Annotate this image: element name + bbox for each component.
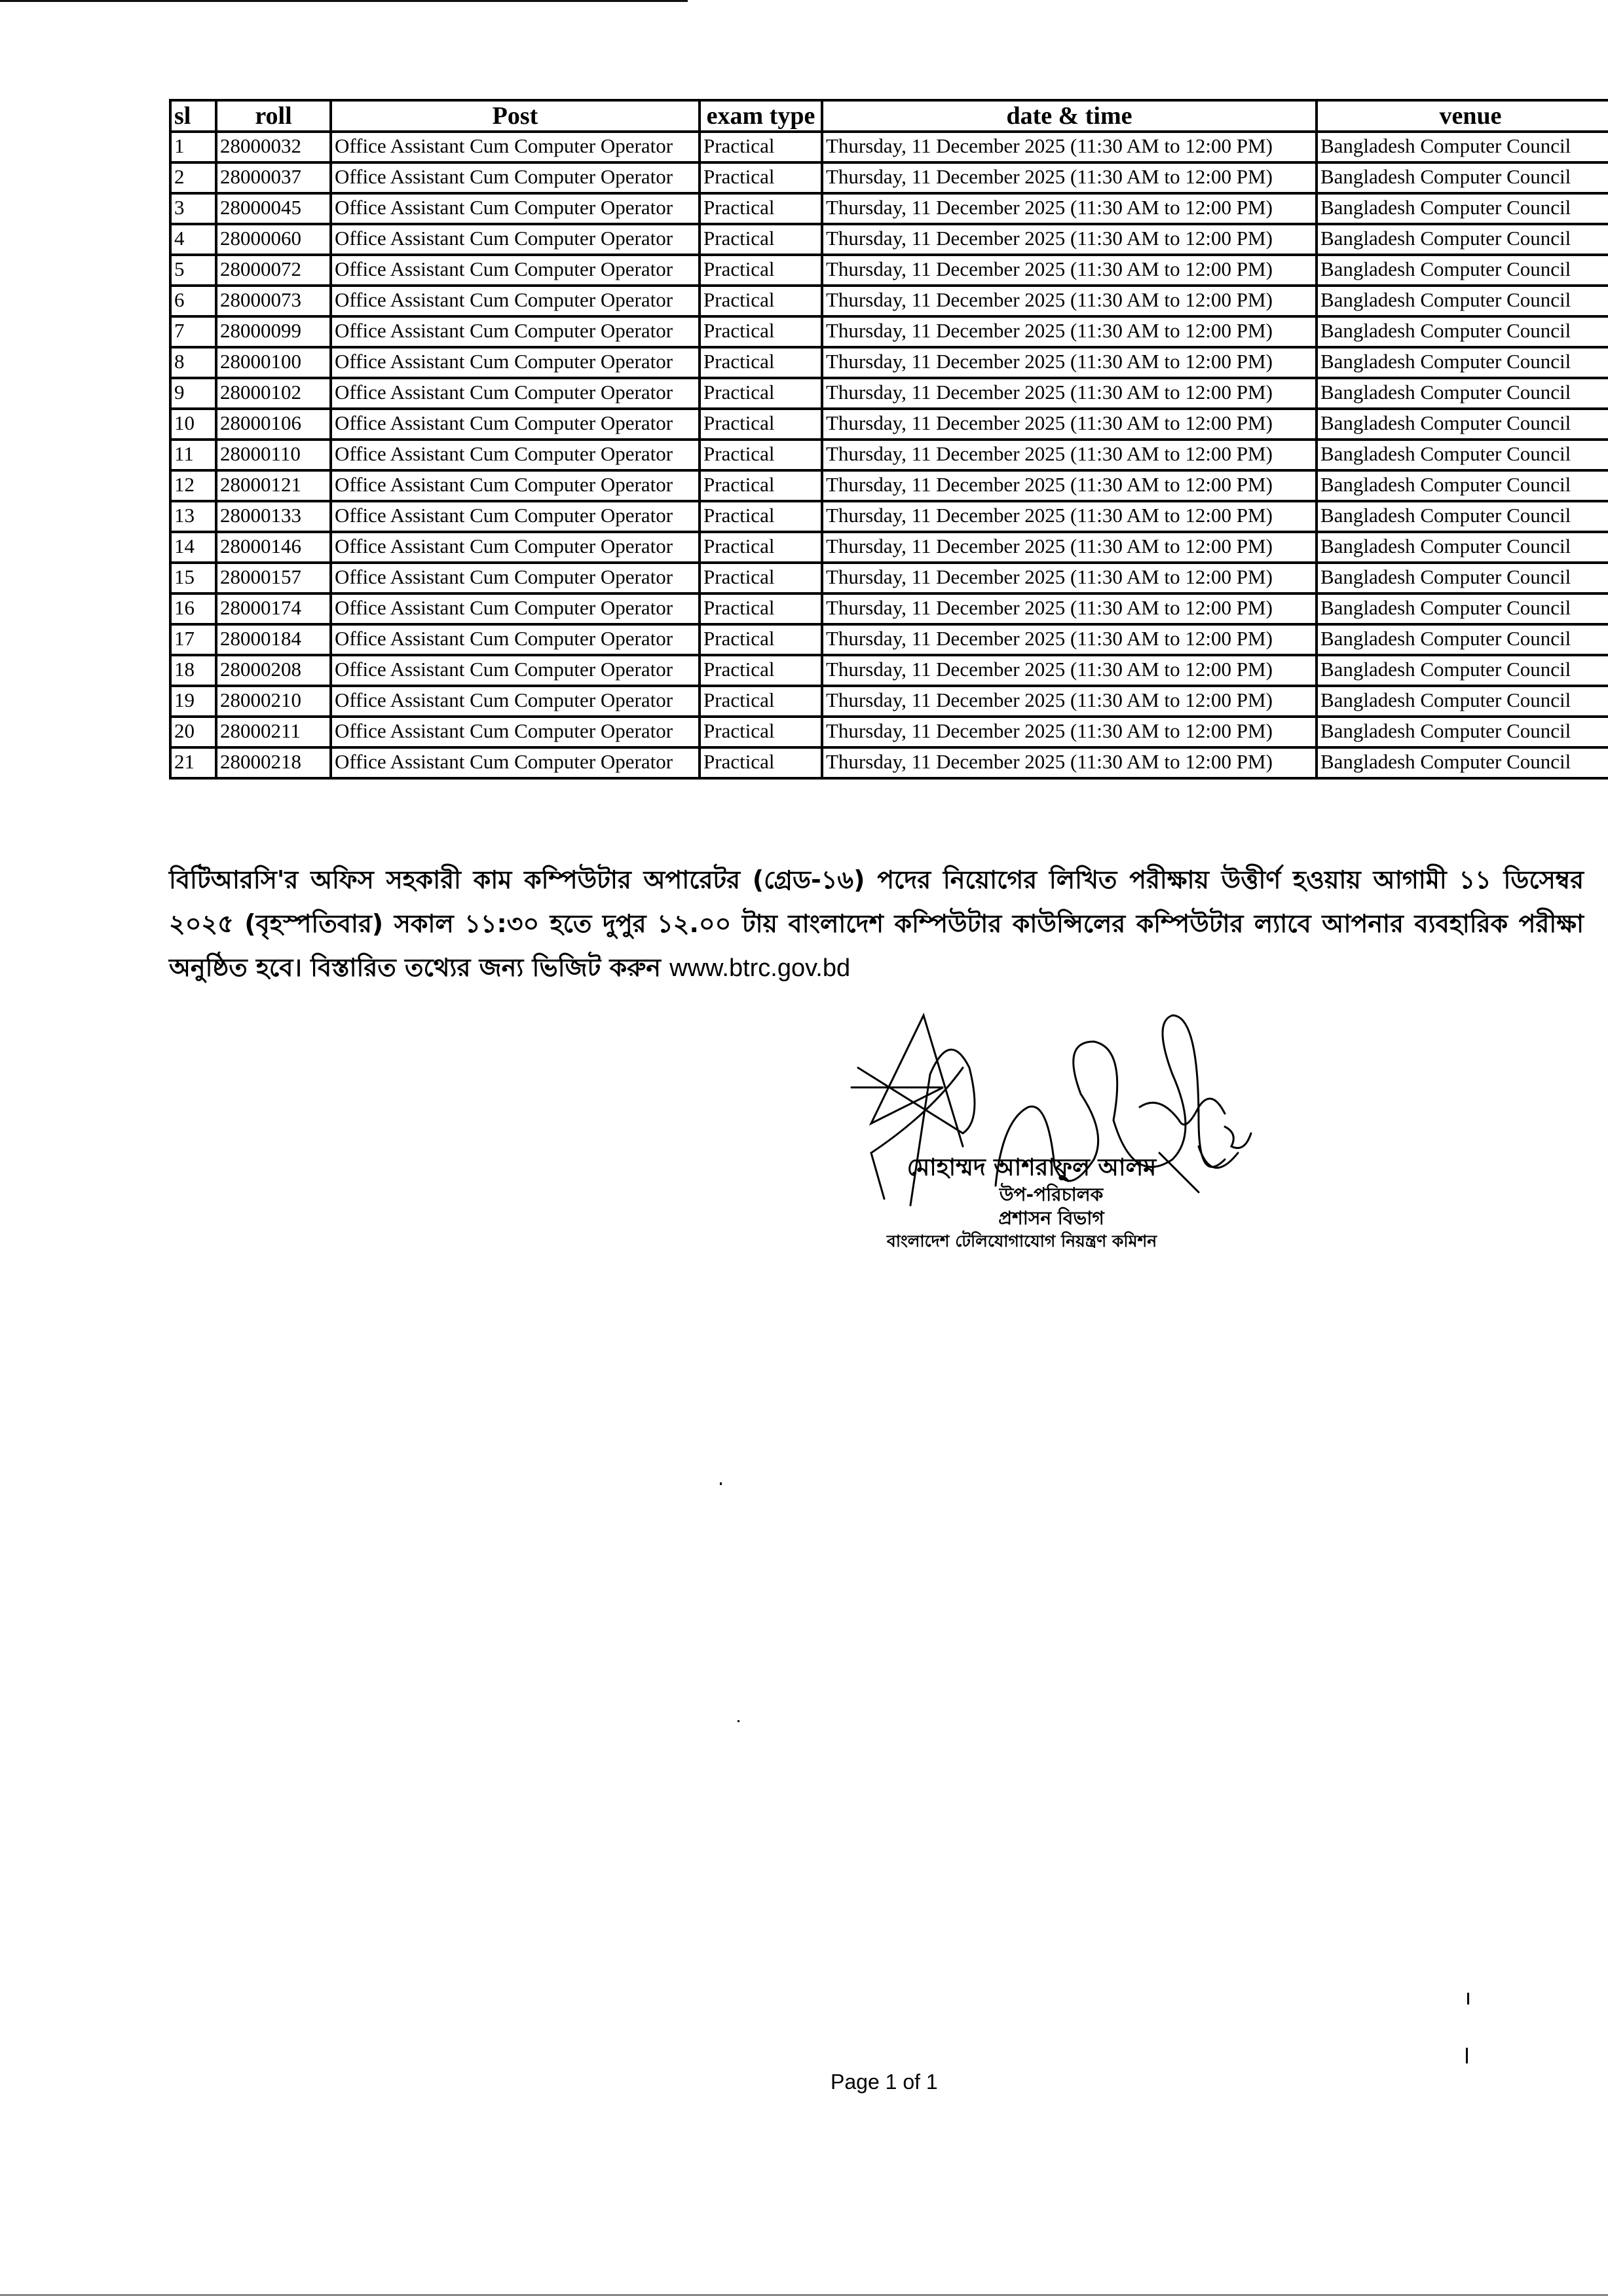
cell-venue: Bangladesh Computer Council [1317,501,1608,532]
column-header-venue: venue [1317,100,1608,132]
cell-venue: Bangladesh Computer Council [1317,624,1608,655]
website-link[interactable]: www.btrc.gov.bd [669,954,850,982]
cell-sl: 18 [170,655,216,686]
signatory-division: প্রশাসন বিভাগ [897,1207,1205,1230]
table-row: 2128000218Office Assistant Cum Computer … [170,747,1608,778]
cell-roll: 28000121 [216,470,331,501]
cell-roll: 28000102 [216,378,331,409]
table-row: 728000099Office Assistant Cum Computer O… [170,316,1608,347]
cell-exam-type: Practical [700,686,822,717]
cell-roll: 28000072 [216,255,331,286]
cell-sl: 7 [170,316,216,347]
page-number: Page 1 of 1 [831,2070,938,2094]
cell-date-time: Thursday, 11 December 2025 (11:30 AM to … [822,655,1317,686]
cell-sl: 12 [170,470,216,501]
table-row: 1028000106Office Assistant Cum Computer … [170,409,1608,440]
cell-date-time: Thursday, 11 December 2025 (11:30 AM to … [822,286,1317,316]
cell-exam-type: Practical [700,224,822,255]
cell-venue: Bangladesh Computer Council [1317,224,1608,255]
cell-date-time: Thursday, 11 December 2025 (11:30 AM to … [822,255,1317,286]
cell-sl: 3 [170,193,216,224]
cell-post: Office Assistant Cum Computer Operator [331,224,700,255]
column-header-date-time: date & time [822,100,1317,132]
cell-post: Office Assistant Cum Computer Operator [331,686,700,717]
cell-date-time: Thursday, 11 December 2025 (11:30 AM to … [822,532,1317,563]
cell-post: Office Assistant Cum Computer Operator [331,255,700,286]
practical-exam-schedule-table: sl roll Post exam type date & time venue… [169,99,1608,780]
table-row: 2028000211Office Assistant Cum Computer … [170,717,1608,747]
cell-sl: 19 [170,686,216,717]
table-row: 928000102Office Assistant Cum Computer O… [170,378,1608,409]
cell-sl: 11 [170,440,216,470]
cell-sl: 6 [170,286,216,316]
cell-exam-type: Practical [700,286,822,316]
cell-date-time: Thursday, 11 December 2025 (11:30 AM to … [822,224,1317,255]
cell-post: Office Assistant Cum Computer Operator [331,440,700,470]
cell-venue: Bangladesh Computer Council [1317,655,1608,686]
signatory-organization: বাংলাদেশ টেলিযোগাযোগ নিয়ন্ত্রণ কমিশন [838,1230,1205,1252]
cell-post: Office Assistant Cum Computer Operator [331,286,700,316]
cell-date-time: Thursday, 11 December 2025 (11:30 AM to … [822,162,1317,193]
cell-post: Office Assistant Cum Computer Operator [331,347,700,378]
cell-sl: 8 [170,347,216,378]
cell-venue: Bangladesh Computer Council [1317,470,1608,501]
cell-venue: Bangladesh Computer Council [1317,532,1608,563]
exam-notice-paragraph: বিটিআরসি'র অফিস সহকারী কাম কম্পিউটার অপা… [169,858,1584,990]
cell-roll: 28000110 [216,440,331,470]
cell-exam-type: Practical [700,440,822,470]
table-body: 128000032Office Assistant Cum Computer O… [170,132,1608,778]
cell-roll: 28000045 [216,193,331,224]
cell-roll: 28000218 [216,747,331,778]
cell-roll: 28000184 [216,624,331,655]
table-row: 1528000157Office Assistant Cum Computer … [170,563,1608,593]
cell-post: Office Assistant Cum Computer Operator [331,316,700,347]
cell-venue: Bangladesh Computer Council [1317,440,1608,470]
cell-post: Office Assistant Cum Computer Operator [331,162,700,193]
cell-venue: Bangladesh Computer Council [1317,162,1608,193]
cell-post: Office Assistant Cum Computer Operator [331,409,700,440]
cell-sl: 14 [170,532,216,563]
cell-exam-type: Practical [700,193,822,224]
cell-roll: 28000099 [216,316,331,347]
scan-speck [738,1720,739,1722]
table-row: 1428000146Office Assistant Cum Computer … [170,532,1608,563]
scan-mark [1467,1993,1469,2004]
table-row: 1128000110Office Assistant Cum Computer … [170,440,1608,470]
cell-sl: 10 [170,409,216,440]
cell-post: Office Assistant Cum Computer Operator [331,593,700,624]
cell-exam-type: Practical [700,409,822,440]
cell-sl: 17 [170,624,216,655]
cell-sl: 5 [170,255,216,286]
cell-roll: 28000133 [216,501,331,532]
cell-date-time: Thursday, 11 December 2025 (11:30 AM to … [822,347,1317,378]
cell-roll: 28000157 [216,563,331,593]
cell-sl: 1 [170,132,216,162]
cell-date-time: Thursday, 11 December 2025 (11:30 AM to … [822,316,1317,347]
cell-venue: Bangladesh Computer Council [1317,193,1608,224]
cell-date-time: Thursday, 11 December 2025 (11:30 AM to … [822,593,1317,624]
notice-text: বিটিআরসি'র অফিস সহকারী কাম কম্পিউটার অপা… [169,865,1584,982]
cell-exam-type: Practical [700,255,822,286]
table-row: 1728000184Office Assistant Cum Computer … [170,624,1608,655]
cell-date-time: Thursday, 11 December 2025 (11:30 AM to … [822,686,1317,717]
column-header-sl: sl [170,100,216,132]
cell-date-time: Thursday, 11 December 2025 (11:30 AM to … [822,717,1317,747]
cell-post: Office Assistant Cum Computer Operator [331,624,700,655]
table-row: 628000073Office Assistant Cum Computer O… [170,286,1608,316]
table-row: 1228000121Office Assistant Cum Computer … [170,470,1608,501]
column-header-roll: roll [216,100,331,132]
table-row: 228000037Office Assistant Cum Computer O… [170,162,1608,193]
cell-venue: Bangladesh Computer Council [1317,347,1608,378]
cell-roll: 28000146 [216,532,331,563]
cell-post: Office Assistant Cum Computer Operator [331,747,700,778]
cell-venue: Bangladesh Computer Council [1317,255,1608,286]
cell-roll: 28000073 [216,286,331,316]
table-row: 328000045Office Assistant Cum Computer O… [170,193,1608,224]
table-row: 1928000210Office Assistant Cum Computer … [170,686,1608,717]
cell-date-time: Thursday, 11 December 2025 (11:30 AM to … [822,501,1317,532]
cell-sl: 4 [170,224,216,255]
cell-post: Office Assistant Cum Computer Operator [331,563,700,593]
table-row: 828000100Office Assistant Cum Computer O… [170,347,1608,378]
cell-roll: 28000100 [216,347,331,378]
cell-venue: Bangladesh Computer Council [1317,717,1608,747]
cell-post: Office Assistant Cum Computer Operator [331,655,700,686]
cell-venue: Bangladesh Computer Council [1317,747,1608,778]
cell-venue: Bangladesh Computer Council [1317,132,1608,162]
cell-date-time: Thursday, 11 December 2025 (11:30 AM to … [822,440,1317,470]
cell-sl: 13 [170,501,216,532]
signatory-designation: উপ-পরিচালক [897,1183,1205,1207]
cell-venue: Bangladesh Computer Council [1317,409,1608,440]
table-row: 428000060Office Assistant Cum Computer O… [170,224,1608,255]
cell-sl: 15 [170,563,216,593]
cell-exam-type: Practical [700,532,822,563]
cell-exam-type: Practical [700,563,822,593]
cell-exam-type: Practical [700,624,822,655]
cell-date-time: Thursday, 11 December 2025 (11:30 AM to … [822,409,1317,440]
cell-roll: 28000208 [216,655,331,686]
cell-venue: Bangladesh Computer Council [1317,563,1608,593]
cell-exam-type: Practical [700,162,822,193]
cell-venue: Bangladesh Computer Council [1317,316,1608,347]
cell-sl: 2 [170,162,216,193]
cell-roll: 28000032 [216,132,331,162]
cell-date-time: Thursday, 11 December 2025 (11:30 AM to … [822,193,1317,224]
cell-post: Office Assistant Cum Computer Operator [331,470,700,501]
cell-date-time: Thursday, 11 December 2025 (11:30 AM to … [822,563,1317,593]
cell-post: Office Assistant Cum Computer Operator [331,532,700,563]
cell-sl: 20 [170,717,216,747]
cell-exam-type: Practical [700,501,822,532]
cell-exam-type: Practical [700,316,822,347]
cell-date-time: Thursday, 11 December 2025 (11:30 AM to … [822,378,1317,409]
table-row: 1628000174Office Assistant Cum Computer … [170,593,1608,624]
scan-mark [1466,2048,1468,2063]
cell-post: Office Assistant Cum Computer Operator [331,132,700,162]
cell-venue: Bangladesh Computer Council [1317,286,1608,316]
table-row: 1328000133Office Assistant Cum Computer … [170,501,1608,532]
table-header-row: sl roll Post exam type date & time venue [170,100,1608,132]
cell-date-time: Thursday, 11 December 2025 (11:30 AM to … [822,624,1317,655]
scan-top-edge-line [0,0,688,2]
column-header-post: Post [331,100,700,132]
cell-sl: 21 [170,747,216,778]
cell-roll: 28000037 [216,162,331,193]
cell-exam-type: Practical [700,593,822,624]
cell-post: Office Assistant Cum Computer Operator [331,378,700,409]
cell-venue: Bangladesh Computer Council [1317,686,1608,717]
table-row: 128000032Office Assistant Cum Computer O… [170,132,1608,162]
cell-sl: 16 [170,593,216,624]
column-header-exam-type: exam type [700,100,822,132]
cell-date-time: Thursday, 11 December 2025 (11:30 AM to … [822,132,1317,162]
table-row: 528000072Office Assistant Cum Computer O… [170,255,1608,286]
cell-venue: Bangladesh Computer Council [1317,593,1608,624]
cell-exam-type: Practical [700,378,822,409]
cell-roll: 28000106 [216,409,331,440]
cell-date-time: Thursday, 11 December 2025 (11:30 AM to … [822,747,1317,778]
cell-roll: 28000210 [216,686,331,717]
cell-venue: Bangladesh Computer Council [1317,378,1608,409]
cell-date-time: Thursday, 11 December 2025 (11:30 AM to … [822,470,1317,501]
cell-exam-type: Practical [700,470,822,501]
cell-post: Office Assistant Cum Computer Operator [331,717,700,747]
cell-roll: 28000060 [216,224,331,255]
cell-post: Office Assistant Cum Computer Operator [331,501,700,532]
cell-exam-type: Practical [700,347,822,378]
cell-exam-type: Practical [700,132,822,162]
signatory-block: মোহাম্মদ আশরাফুল আলম উপ-পরিচালক প্রশাসন … [838,1153,1205,1252]
signatory-name: মোহাম্মদ আশরাফুল আলম [858,1153,1205,1183]
cell-exam-type: Practical [700,655,822,686]
cell-exam-type: Practical [700,717,822,747]
table-row: 1828000208Office Assistant Cum Computer … [170,655,1608,686]
cell-sl: 9 [170,378,216,409]
cell-exam-type: Practical [700,747,822,778]
cell-roll: 28000211 [216,717,331,747]
scan-speck [720,1482,722,1485]
cell-post: Office Assistant Cum Computer Operator [331,193,700,224]
cell-roll: 28000174 [216,593,331,624]
